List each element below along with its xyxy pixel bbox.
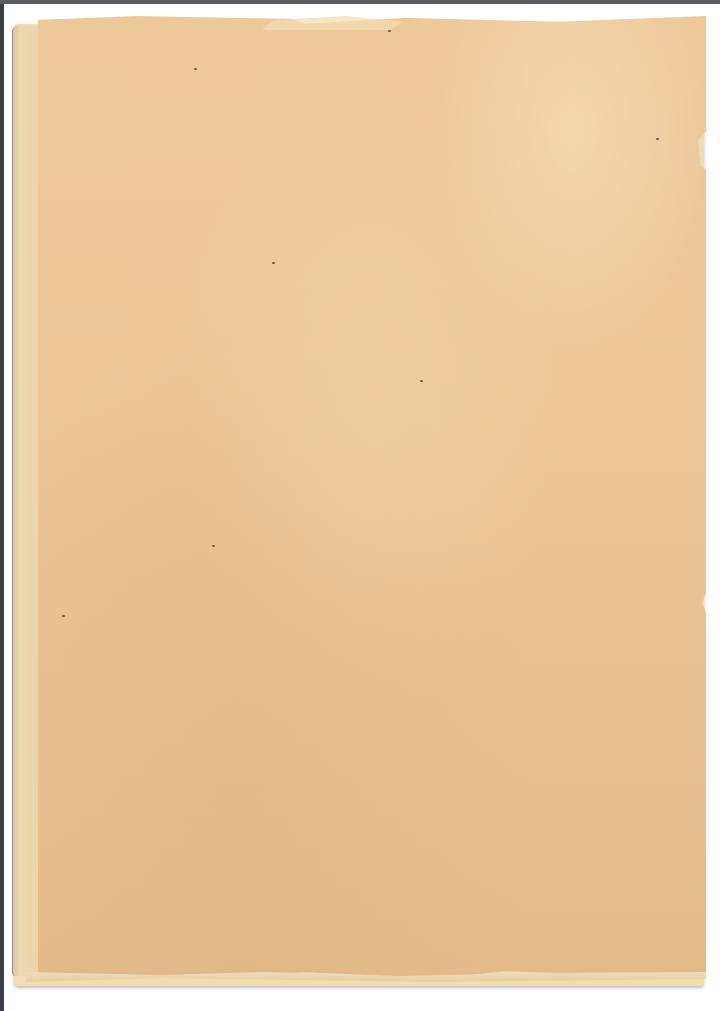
paper-speck xyxy=(388,30,391,32)
paper-speck xyxy=(62,615,65,617)
bound-spine-strip xyxy=(12,26,41,976)
scanner-edge-left xyxy=(0,0,4,1011)
scanner-edge-top xyxy=(0,0,720,4)
torn-top-edge xyxy=(262,16,402,30)
paper-speck xyxy=(272,262,275,264)
paper-speck xyxy=(212,545,215,547)
paper-speck xyxy=(194,68,197,70)
paper-speck xyxy=(420,380,423,382)
blank-paper-page xyxy=(38,16,706,978)
paper-speck xyxy=(656,138,659,140)
